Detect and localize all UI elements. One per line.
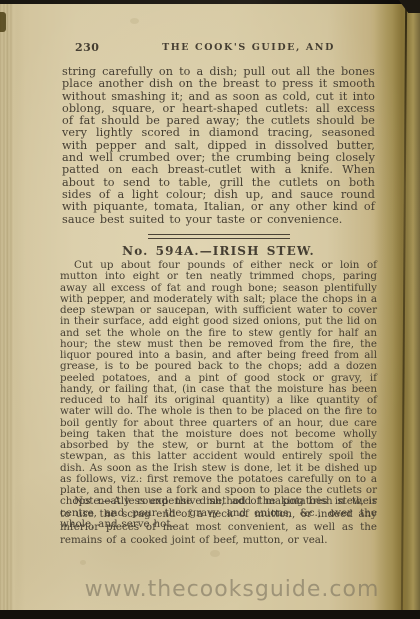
photo-border-bottom (0, 610, 420, 619)
recipe-heading: No. 594A.—IRISH STEW. (62, 244, 375, 258)
foxing-spot (80, 560, 86, 565)
note-paragraph: Note.—A less expensive method of making … (60, 495, 377, 547)
page-edge-notch (0, 12, 6, 32)
foxing-spot (130, 18, 139, 24)
foxing-spot (210, 550, 220, 557)
page-number: 230 (75, 41, 99, 54)
stacked-page-edges (0, 0, 18, 619)
photo-border-top (0, 0, 420, 4)
book-scan-photo: 230 THE COOK'S GUIDE, AND string careful… (0, 0, 420, 619)
website-watermark: www.thecooksguide.com (85, 577, 380, 602)
page-header: 230 THE COOK'S GUIDE, AND (62, 41, 375, 55)
spine-shadow (374, 0, 420, 619)
recipe-body-paragraph: Cut up about four pounds of either neck … (60, 260, 377, 530)
continued-paragraph: string carefully on to a dish; pull out … (62, 66, 375, 226)
section-divider-rule (148, 234, 290, 239)
book-page: 230 THE COOK'S GUIDE, AND string careful… (0, 0, 420, 619)
running-title: THE COOK'S GUIDE, AND (122, 42, 375, 53)
